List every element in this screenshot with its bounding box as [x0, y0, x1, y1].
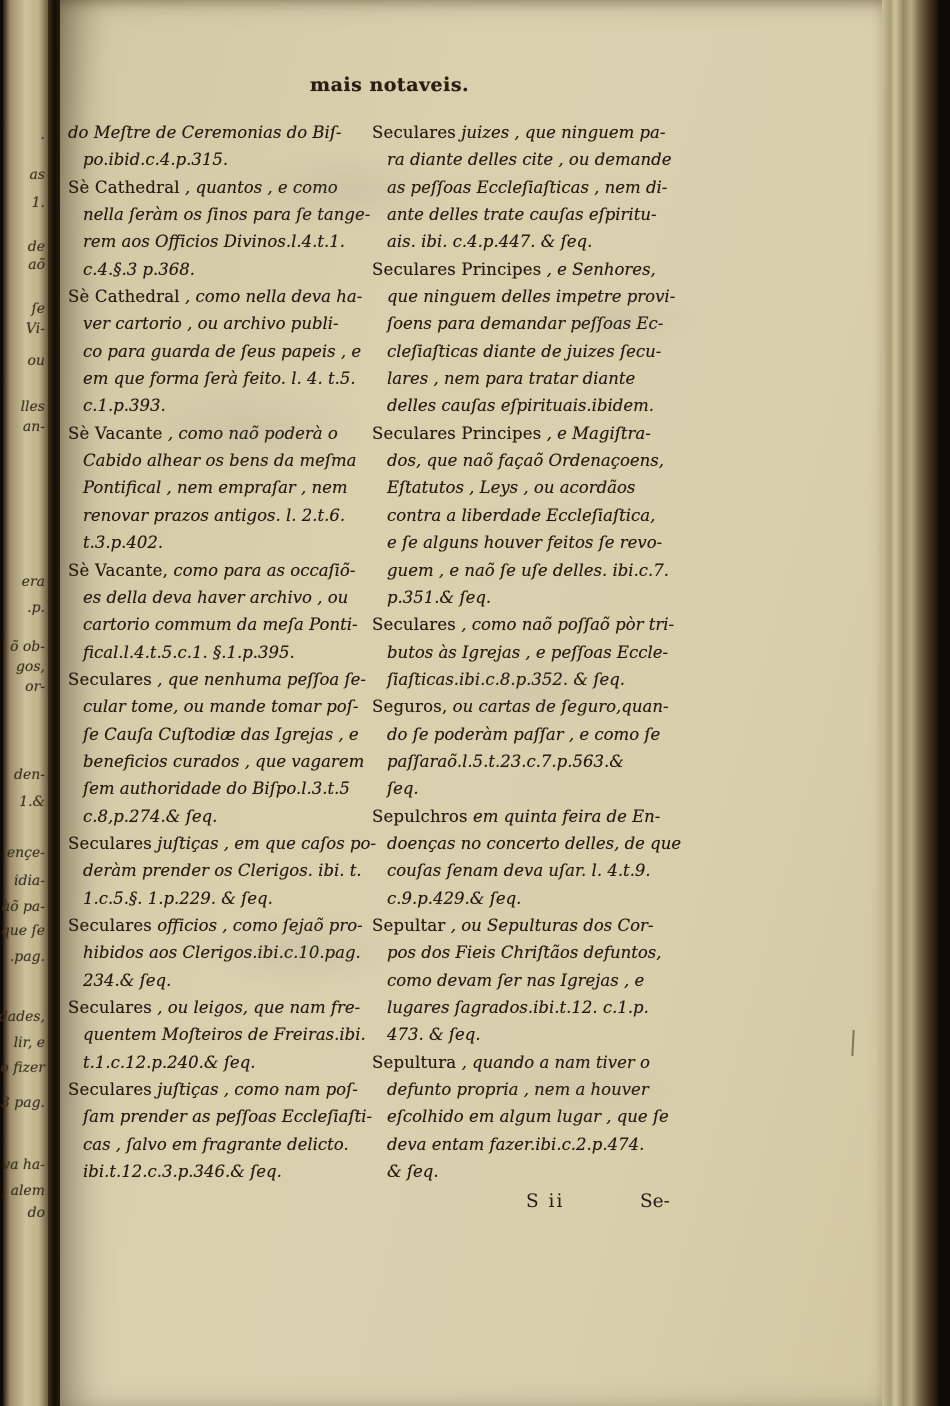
index-headword: Seculares: [68, 834, 152, 853]
index-entry: Sè Cathedral , quantos , e comonella ſer…: [68, 174, 370, 283]
index-headword: Sè Cathedral: [68, 287, 180, 306]
index-headword: Seculares: [68, 670, 152, 689]
margin-fragment: idia-: [14, 874, 45, 888]
margin-mark: [851, 1030, 854, 1056]
index-headword: Seculares: [68, 916, 152, 935]
margin-fragment: ençe-: [7, 846, 45, 860]
margin-fragment: .p.: [27, 601, 45, 615]
margin-fragment: as: [29, 168, 45, 182]
margin-fragment: Vi-: [26, 322, 45, 336]
margin-fragment: do: [28, 1206, 45, 1220]
margin-fragment: or-: [25, 680, 45, 694]
index-headword: Seculares: [68, 1080, 152, 1099]
index-entry: Seguros, ou cartas de ſeguro,quan-do ſe …: [372, 693, 717, 802]
margin-fragment: lles: [21, 400, 45, 414]
index-entry: Sepultura , quando a nam tiver odefunto …: [372, 1049, 717, 1186]
index-headword: Sè Cathedral: [68, 178, 180, 197]
margin-fragment: 1.: [32, 196, 45, 210]
margin-fragment: va ha-: [2, 1158, 45, 1172]
index-headword: Sè Vacante,: [68, 561, 168, 580]
index-entry: Sepultar , ou Sepulturas dos Cor-pos dos…: [372, 912, 717, 1049]
margin-fragment: de: [28, 240, 45, 254]
index-entry: Seculares , ou leigos, que nam fre-quent…: [68, 994, 370, 1076]
index-headword: Seguros,: [372, 697, 447, 716]
previous-page-edge: .as1.deaõſeVi-oullesan-era.p.õ ob-gos,or…: [3, 0, 48, 1406]
index-entry: Seculares , que nenhuma peſſoa ſe-cular …: [68, 666, 370, 830]
book-page: mais notaveis. do Meſtre de Ceremonias d…: [60, 0, 882, 1406]
index-entry: Sè Vacante, como para as occaſiõ-es dell…: [68, 557, 370, 666]
index-headword: Sepultar: [372, 916, 446, 935]
index-entry: Sè Vacante , como naõ poderà oCabido alh…: [68, 420, 370, 557]
index-headword: Sepultura: [372, 1053, 456, 1072]
index-headword: Seculares Principes: [372, 424, 541, 443]
index-entry: Seculares officios , como ſejaõ pro-hibi…: [68, 912, 370, 994]
margin-fragment: era: [22, 575, 45, 589]
margin-fragment: õ ob-: [10, 640, 45, 654]
index-entry: Seculares Principes , e Magiſtra-dos, qu…: [372, 420, 717, 611]
index-column-left: do Meſtre de Ceremonias do Biſ-po.ibid.c…: [68, 119, 370, 1185]
index-headword: Sepulchros: [372, 807, 468, 826]
margin-fragment: àõ pa-: [2, 900, 45, 914]
margin-fragment: den-: [14, 768, 45, 782]
margin-fragment: lir, e: [14, 1036, 45, 1050]
margin-fragment: ſe: [32, 302, 45, 316]
index-entry: Seculares juizes , que ninguem pa-ra dia…: [372, 119, 717, 256]
index-entry: Seculares Principes , e Senhores,que nin…: [372, 256, 717, 420]
margin-fragment: dades,: [0, 1010, 45, 1024]
page-footer: S ii Se-: [60, 1191, 882, 1221]
index-entry: Seculares juſtiças , em que caſos po-der…: [68, 830, 370, 912]
catchword: Se-: [640, 1191, 670, 1212]
index-entry: Seculares juſtiças , como nam poſ-ſam pr…: [68, 1076, 370, 1185]
margin-fragment: an-: [23, 420, 45, 434]
page-edge-right: [882, 0, 938, 1406]
index-entry: do Meſtre de Ceremonias do Biſ-po.ibid.c…: [68, 119, 370, 174]
index-entry: Sè Cathedral , como nella deva ha-ver ca…: [68, 283, 370, 420]
margin-fragment: o fizer: [0, 1061, 45, 1075]
running-header: mais notaveis.: [310, 74, 469, 96]
index-headword: Seculares Principes: [372, 260, 541, 279]
index-headword: Seculares: [372, 615, 456, 634]
margin-fragment: 1.&: [19, 795, 45, 809]
margin-fragment: , alem: [2, 1184, 45, 1198]
book-scan: .as1.deaõſeVi-oullesan-era.p.õ ob-gos,or…: [0, 0, 950, 1406]
index-headword: Seculares: [372, 123, 456, 142]
margin-fragment: que ſe: [1, 924, 45, 938]
margin-fragment: .pag.: [10, 950, 45, 964]
gathering-signature: S ii: [526, 1191, 564, 1212]
index-headword: Seculares: [68, 998, 152, 1017]
margin-fragment: .: [41, 128, 45, 142]
index-entry: Seculares , como naõ poſſaõ pòr tri-buto…: [372, 611, 717, 693]
margin-fragment: 3 pag.: [1, 1096, 45, 1110]
margin-fragment: aõ: [28, 258, 45, 272]
index-headword: Sè Vacante: [68, 424, 163, 443]
index-entry: Sepulchros em quinta feira de En-doenças…: [372, 803, 717, 912]
index-column-right: Seculares juizes , que ninguem pa-ra dia…: [372, 119, 717, 1185]
margin-fragment: ou: [28, 354, 45, 368]
margin-fragment: gos,: [16, 660, 45, 674]
